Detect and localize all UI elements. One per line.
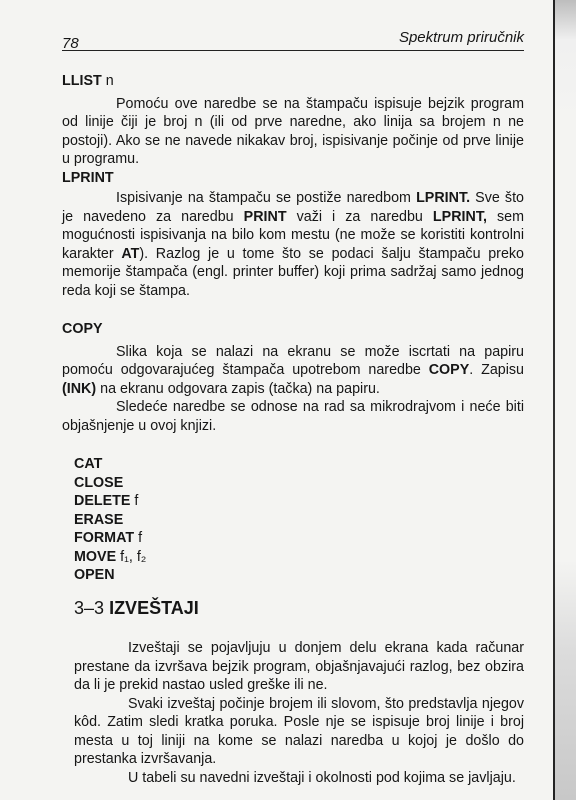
section-title: IZVEŠTAJI [109,598,199,618]
lprint-heading: LPRINT [62,169,524,188]
section-number: 3–3 [74,598,104,618]
section-heading: 3–3 IZVEŠTAJI [62,599,524,618]
keyword-copy: COPY [429,362,470,378]
binding-shadow [555,0,576,800]
keyword-lprint: LPRINT, [433,209,487,225]
command-item: CAT [62,455,524,474]
text-run: Ispisivanje na štampaču se postiže nared… [116,190,416,206]
page-header: 78 Spektrum priručnik [62,26,524,51]
page-number: 78 [62,35,79,52]
llist-arg: n [106,73,114,89]
command-item: CLOSE [62,474,524,493]
command-item: DELETE f [62,492,524,511]
llist-keyword: LLIST [62,73,102,89]
copy-paragraph: Slika koja se nalazi na ekranu se može i… [62,343,524,399]
keyword-lprint: LPRINT. [416,190,470,206]
section-paragraph: Izveštaji se pojavljuju u donjem delu ek… [74,639,524,695]
microdrive-note: Sledeće naredbe se odnose na rad sa mikr… [62,398,524,435]
section-paragraph: Svaki izveštaj počinje brojem ili slovom… [74,695,524,769]
microdrive-command-list: CAT CLOSE DELETE f ERASE FORMAT f MOVE f… [62,455,524,585]
keyword-print: PRINT [244,209,287,225]
section-paragraph: U tabeli su navedni izveštaji i okolnost… [74,769,524,788]
keyword-ink: (INK) [62,381,96,397]
book-page: 78 Spektrum priručnik LLIST n Pomoću ove… [0,0,576,800]
text-run: . Zapisu [469,362,524,378]
lprint-paragraph: Ispisivanje na štampaču se postiže nared… [62,189,524,300]
command-item: MOVE f₁, f₂ [62,548,524,567]
copy-heading: COPY [62,320,524,339]
command-item: ERASE [62,511,524,530]
llist-paragraph: Pomoću ove naredbe se na štampaču ispisu… [62,95,524,169]
section-body: Izveštaji se pojavljuju u donjem delu ek… [62,639,524,787]
page-body: LLIST n Pomoću ove naredbe se na štampač… [62,72,524,787]
llist-heading: LLIST n [62,72,524,91]
keyword-at: AT [121,246,139,262]
running-title: Spektrum priručnik [399,29,524,46]
command-item: FORMAT f [62,529,524,548]
text-run: važi i za naredbu [287,209,433,225]
command-item: OPEN [62,566,524,585]
text-run: na ekranu odgovara zapis (tačka) na papi… [96,381,380,397]
page-binding-edge [553,0,555,800]
